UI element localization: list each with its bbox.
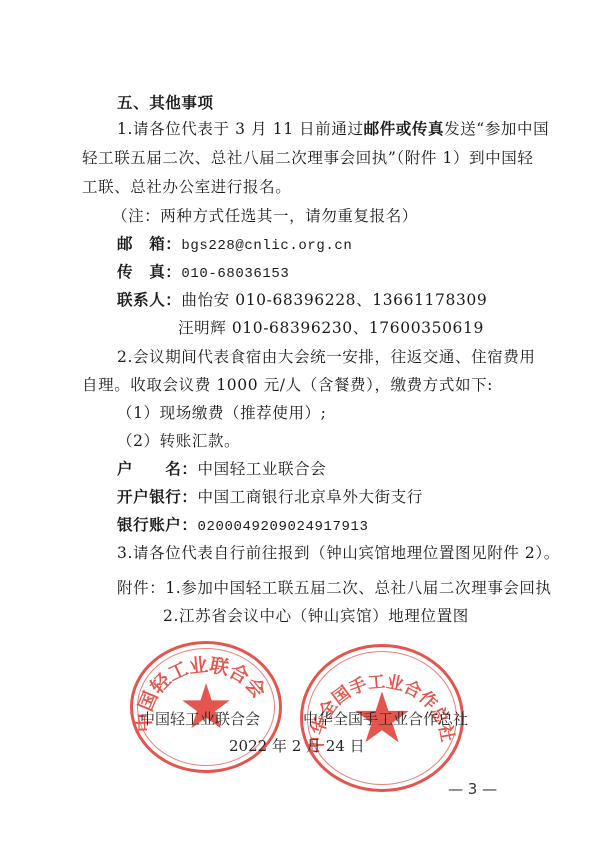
page-number: — 3 —: [448, 780, 497, 798]
account-name-value: 中国轻工业联合会: [198, 460, 327, 478]
email-label: 邮 箱：: [117, 234, 181, 254]
item2-line1: 2.会议期间代表食宿由大会统一安排，往返交通、住宿费用: [117, 347, 536, 367]
attachment-item-2: 2.江苏省会议中心（钟山宾馆）地理位置图: [163, 606, 469, 626]
item3-line1: 3.请各位代表自行前往报到（钟山宾馆地理位置图见附件 2）。: [117, 543, 560, 563]
email-value: bgs228@cnlic.org.cn: [181, 238, 352, 254]
item1-line1-suffix: 发送“参加中国: [444, 120, 549, 138]
item2-line2: 自理。收取会议费 1000 元/人（含餐费），缴费方式如下:: [82, 375, 493, 395]
item1-line1: 1.请各位代表于 3 月 11 日前通过邮件或传真发送“参加中国: [117, 119, 549, 139]
signature-org1: 中国轻工业联合会: [140, 709, 260, 729]
fax-label: 传 真：: [117, 262, 181, 282]
bank-label: 开户银行：: [117, 487, 198, 507]
item1-line1-bold: 邮件或传真: [364, 119, 445, 138]
signature-date: 2022 年 2 月 24 日: [229, 736, 365, 756]
fax-value: 010-68036153: [181, 266, 289, 282]
item1-line1-prefix: 1.请各位代表于 3 月 11 日前通过: [117, 120, 364, 138]
section-heading: 五、其他事项: [117, 93, 214, 113]
contact1: 曲怡安 010-68396228、13661178309: [181, 291, 487, 309]
account-name-label: 户 名：: [117, 459, 198, 479]
bank-value: 中国工商银行北京阜外大街支行: [198, 488, 423, 506]
item1-line3: 工联、总社办公室进行报名。: [82, 177, 291, 197]
item1-line2: 轻工联五届二次、总社八届二次理事会回执”（附件 1）到中国轻: [82, 148, 533, 168]
attachment-item-1: 1.参加中国轻工联五届二次、总社八届二次理事会回执: [165, 579, 551, 597]
fax-row: 传 真：010-68036153: [117, 262, 289, 284]
attachments-label: 附件：: [117, 579, 165, 597]
bank-row: 开户银行：中国工商银行北京阜外大街支行: [117, 487, 423, 507]
account-name-row: 户 名：中国轻工业联合会: [117, 459, 326, 479]
account-no-row: 银行账户：0200049209024917913: [117, 515, 369, 537]
contact-row: 联系人：曲怡安 010-68396228、13661178309: [117, 290, 487, 310]
account-no-value: 0200049209024917913: [198, 519, 369, 535]
account-no-label: 银行账户：: [117, 515, 198, 535]
attachment-row-1: 附件：1.参加中国轻工联五届二次、总社八届二次理事会回执: [117, 578, 552, 598]
contact-label: 联系人：: [117, 290, 181, 310]
email-row: 邮 箱：bgs228@cnlic.org.cn: [117, 234, 352, 256]
signature-org2: 中华全国手工业合作总社: [303, 709, 468, 729]
item2-option1: （1）现场缴费（推荐使用）;: [117, 403, 327, 423]
item1-note: （注：两种方式任选其一，请勿重复报名）: [112, 206, 418, 226]
item2-option2: （2）转账汇款。: [117, 431, 240, 451]
contact2: 汪明辉 010-68396230、17600350619: [178, 318, 484, 338]
